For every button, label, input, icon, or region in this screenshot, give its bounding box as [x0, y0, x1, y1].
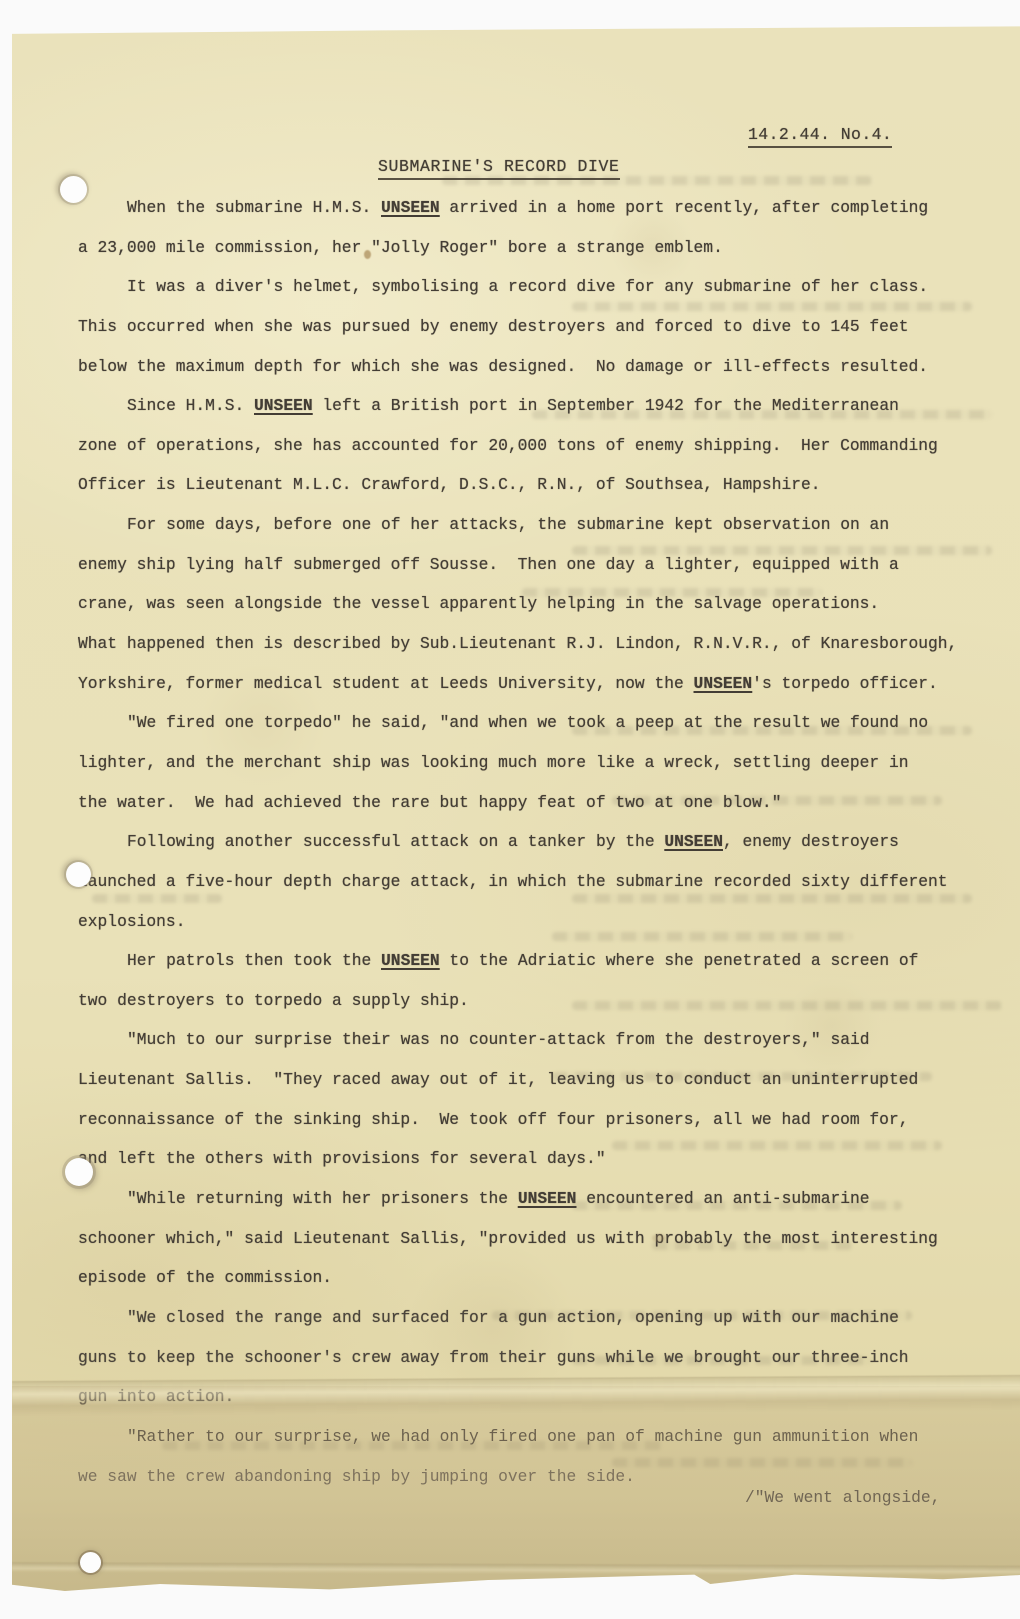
text-line: episode of the commission. [78, 1268, 998, 1308]
text-line: Lieutenant Sallis. "They raced away out … [78, 1070, 998, 1110]
document-title: SUBMARINE'S RECORD DIVE [378, 157, 620, 180]
paragraph: It was a diver's helmet, symbolising a r… [78, 277, 998, 396]
text-line: crane, was seen alongside the vessel app… [78, 594, 998, 634]
punch-hole [65, 1158, 93, 1186]
text-line: reconnaissance of the sinking ship. We t… [78, 1110, 998, 1150]
text-line: Her patrols then took the UNSEEN to the … [78, 951, 998, 991]
text-line: schooner which," said Lieutenant Sallis,… [78, 1229, 998, 1269]
paragraph: Her patrols then took the UNSEEN to the … [78, 951, 998, 1030]
punch-hole [66, 862, 91, 887]
text-line: "Much to our surprise their was no count… [78, 1030, 998, 1070]
ship-name: UNSEEN [694, 674, 753, 693]
text-line: Following another successful attack on a… [78, 832, 998, 872]
paragraph: Since H.M.S. UNSEEN left a British port … [78, 396, 998, 515]
text-line: Yorkshire, former medical student at Lee… [78, 674, 998, 714]
paper-crease-lower [12, 1562, 1020, 1576]
text-line: explosions. [78, 912, 998, 952]
text-line: lighter, and the merchant ship was looki… [78, 753, 998, 793]
paragraph: For some days, before one of her attacks… [78, 515, 998, 713]
catchword: /"We went alongside, [745, 1488, 940, 1507]
document-body: When the submarine H.M.S. UNSEEN arrived… [78, 198, 998, 1506]
text-line: Since H.M.S. UNSEEN left a British port … [78, 396, 998, 436]
text-line: a 23,000 mile commission, her "Jolly Rog… [78, 238, 998, 278]
paragraph: "We fired one torpedo" he said, "and whe… [78, 713, 998, 832]
text-line: the water. We had achieved the rare but … [78, 793, 998, 833]
ship-name: UNSEEN [381, 198, 440, 217]
text-line: two destroyers to torpedo a supply ship. [78, 991, 998, 1031]
text-line: enemy ship lying half submerged off Sous… [78, 555, 998, 595]
punch-hole [60, 176, 87, 203]
paragraph: When the submarine H.M.S. UNSEEN arrived… [78, 198, 998, 277]
paragraph: "While returning with her prisoners the … [78, 1189, 998, 1308]
text-line: This occurred when she was pursued by en… [78, 317, 998, 357]
text-line: For some days, before one of her attacks… [78, 515, 998, 555]
text-line: below the maximum depth for which she wa… [78, 357, 998, 397]
text-line: What happened then is described by Sub.L… [78, 634, 998, 674]
ship-name: UNSEEN [254, 396, 313, 415]
text-line: and left the others with provisions for … [78, 1149, 998, 1189]
text-line: When the submarine H.M.S. UNSEEN arrived… [78, 198, 998, 238]
scan-background: 14.2.44. No.4. SUBMARINE'S RECORD DIVE W… [0, 0, 1020, 1619]
ship-name: UNSEEN [381, 951, 440, 970]
ship-name: UNSEEN [518, 1189, 577, 1208]
paper-crease [12, 1375, 1020, 1416]
text-line: "While returning with her prisoners the … [78, 1189, 998, 1229]
text-line: "We closed the range and surfaced for a … [78, 1308, 998, 1348]
text-line: It was a diver's helmet, symbolising a r… [78, 277, 998, 317]
text-line: "Rather to our surprise, we had only fir… [78, 1427, 998, 1467]
text-line: launched a five-hour depth charge attack… [78, 872, 998, 912]
paragraph: "Much to our surprise their was no count… [78, 1030, 998, 1189]
date-stamp: 14.2.44. No.4. [748, 125, 892, 148]
ship-name: UNSEEN [664, 832, 723, 851]
text-line: Officer is Lieutenant M.L.C. Crawford, D… [78, 475, 998, 515]
paper-sheet: 14.2.44. No.4. SUBMARINE'S RECORD DIVE W… [12, 26, 1020, 1591]
punch-hole [80, 1552, 101, 1573]
text-line: "We fired one torpedo" he said, "and whe… [78, 713, 998, 753]
text-line: zone of operations, she has accounted fo… [78, 436, 998, 476]
paragraph: Following another successful attack on a… [78, 832, 998, 951]
